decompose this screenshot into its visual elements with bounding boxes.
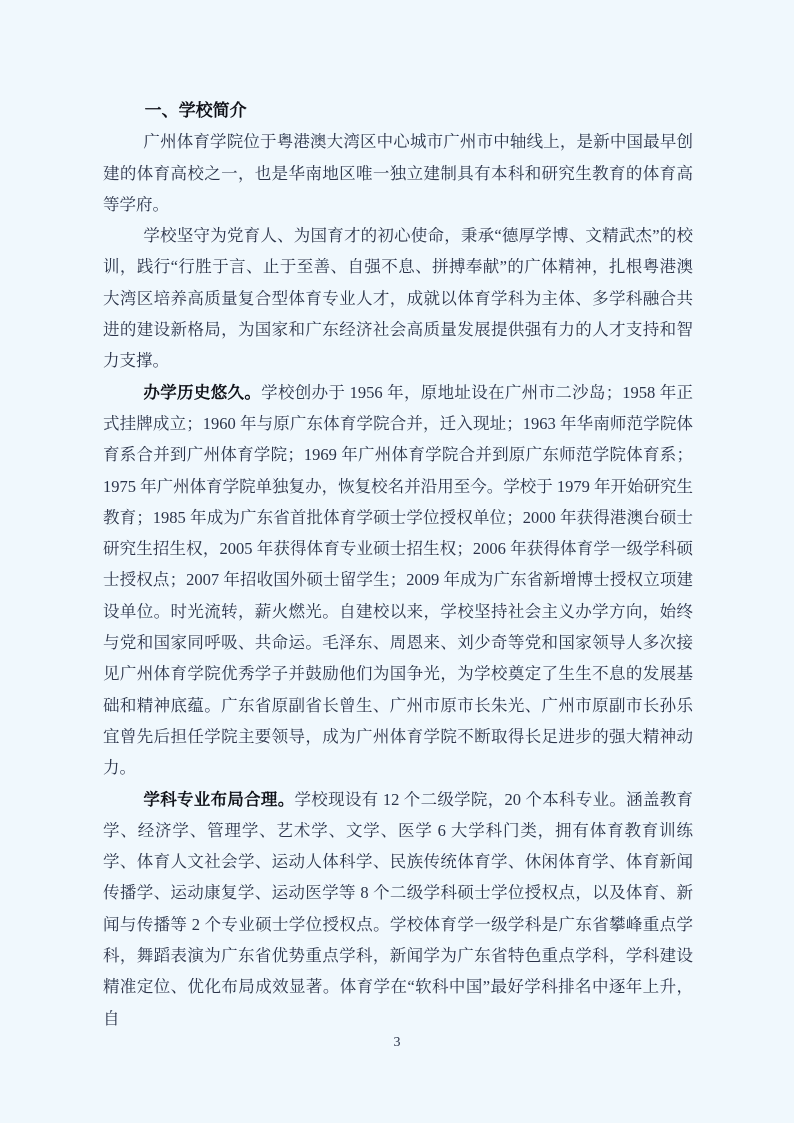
paragraph-mission: 学校坚守为党育人、为国育才的初心使命，秉承“德厚学博、文精武杰”的校训，践行“行… [103, 220, 693, 376]
paragraph-text: 学校现设有 12 个二级学院，20 个本科专业。涵盖教育学、经济学、管理学、艺术… [103, 790, 693, 1028]
paragraph-text: 学校坚守为党育人、为国育才的初心使命，秉承“德厚学博、文精武杰”的校训，践行“行… [103, 226, 693, 370]
paragraph-text: 学校创办于 1956 年，原地址设在广州市二沙岛；1958 年正式挂牌成立；19… [103, 383, 693, 778]
paragraph-intro: 广州体育学院位于粤港澳大湾区中心城市广州市中轴线上，是新中国最早创建的体育高校之… [103, 126, 693, 220]
paragraph-lead: 办学历史悠久。 [143, 383, 261, 402]
page-number: 3 [0, 1033, 794, 1053]
document-body: 一、学校简介 广州体育学院位于粤港澳大湾区中心城市广州市中轴线上，是新中国最早创… [0, 0, 794, 1034]
section-heading: 一、学校简介 [103, 95, 693, 126]
paragraph-disciplines: 学科专业布局合理。学校现设有 12 个二级学院，20 个本科专业。涵盖教育学、经… [103, 784, 693, 1034]
paragraph-history: 办学历史悠久。学校创办于 1956 年，原地址设在广州市二沙岛；1958 年正式… [103, 377, 693, 784]
document-page: 一、学校简介 广州体育学院位于粤港澳大湾区中心城市广州市中轴线上，是新中国最早创… [0, 0, 794, 1123]
paragraph-lead: 学科专业布局合理。 [143, 790, 294, 809]
document-page-background: { "page": { "background_color": "#f0f8fd… [0, 0, 794, 1123]
paragraph-text: 广州体育学院位于粤港澳大湾区中心城市广州市中轴线上，是新中国最早创建的体育高校之… [103, 132, 693, 214]
